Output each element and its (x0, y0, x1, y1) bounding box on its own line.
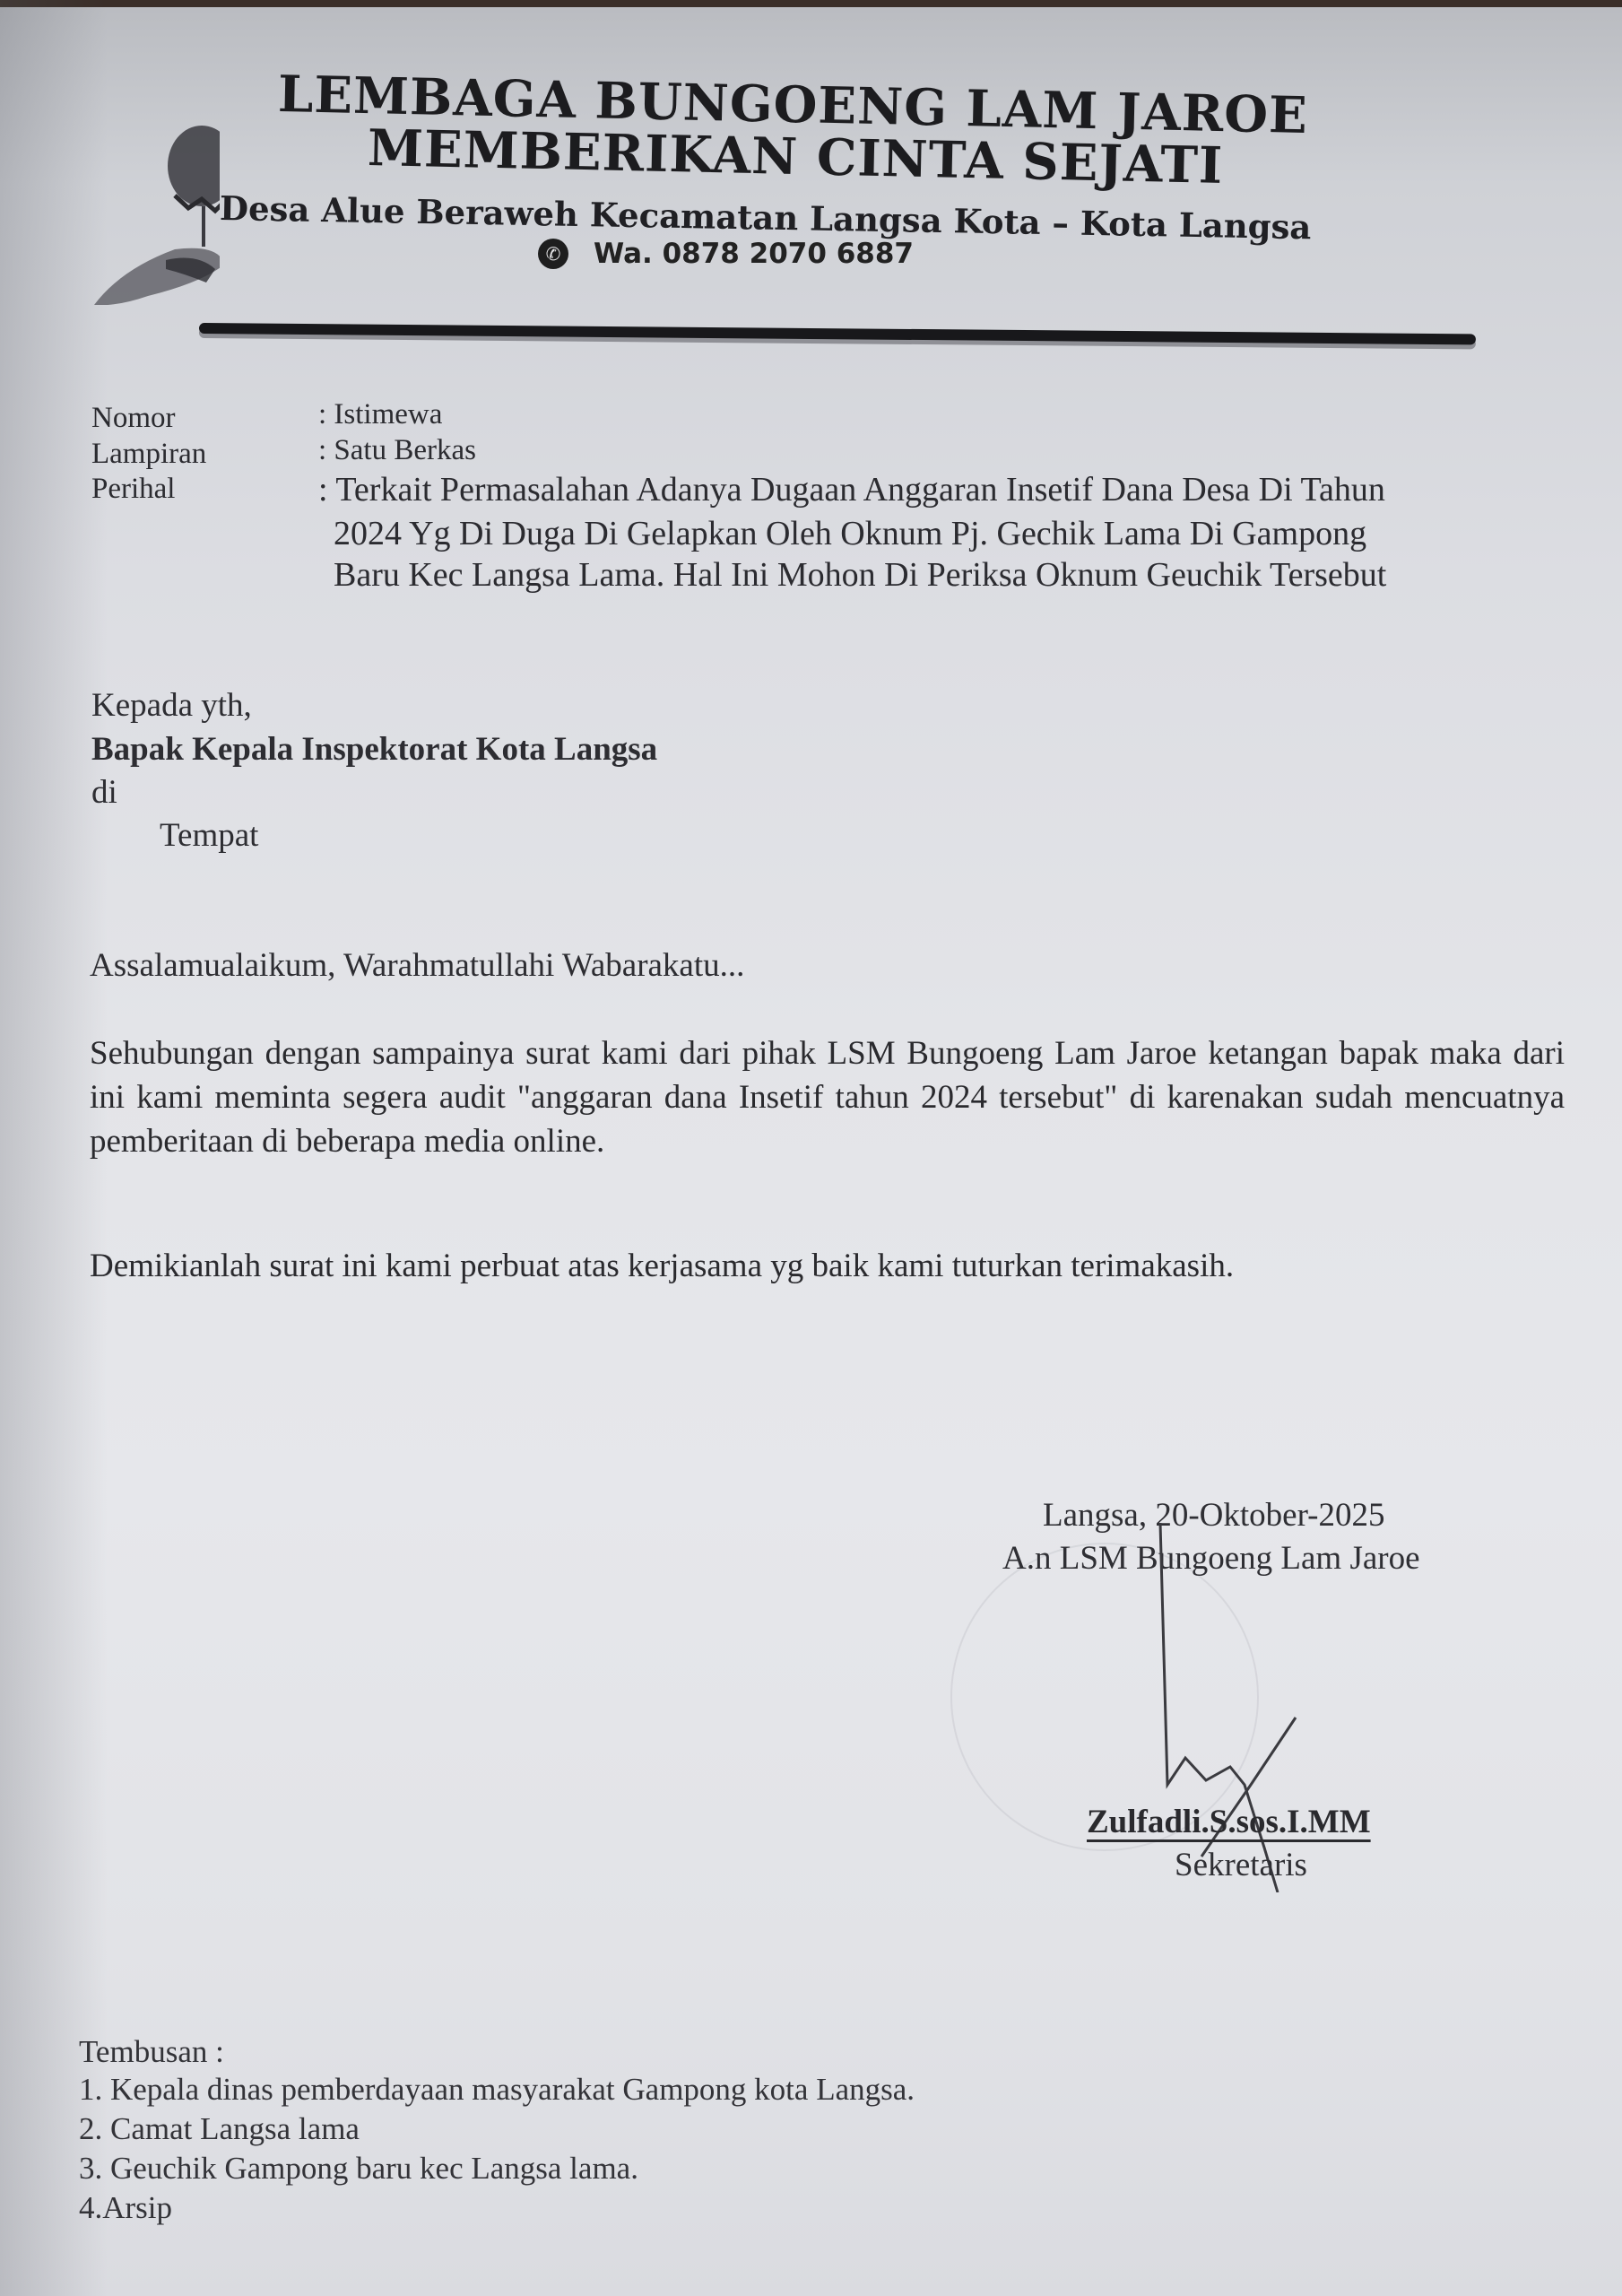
body-paragraph-2: Demikianlah surat ini kami perbuat atas … (90, 1244, 1565, 1288)
whatsapp-icon: ✆ (538, 239, 568, 269)
signer-title: Sekretaris (1175, 1846, 1307, 1884)
cc-item: 1. Kepala dinas pemberdayaan masyarakat … (79, 2072, 915, 2108)
meta-value-nomor: : Istimewa (318, 398, 442, 431)
letterhead-divider (199, 323, 1476, 344)
meta-label-lampiran: Lampiran (91, 438, 206, 471)
rose-in-hand-icon (40, 90, 220, 305)
cc-heading: Tembusan : (79, 2034, 224, 2070)
meta-value-perihal: : Terkait Permasalahan Adanya Dugaan Ang… (318, 470, 1385, 509)
subject-line-3: Baru Kec Langsa Lama. Hal Ini Mohon Di P… (334, 555, 1386, 595)
recipient-salutation: Kepada yth, (91, 686, 252, 725)
subject-line-2: 2024 Yg Di Duga Di Gelapkan Oleh Oknum P… (334, 514, 1366, 553)
whatsapp-number: Wa. 0878 2070 6887 (594, 238, 914, 270)
recipient-place: Tempat (160, 816, 258, 855)
meta-label-perihal: Perihal (91, 473, 175, 506)
cc-item: 4.Arsip (79, 2190, 172, 2226)
meta-label-nomor: Nomor (91, 402, 176, 435)
recipient-di: di (91, 773, 117, 812)
recipient-name: Bapak Kepala Inspektorat Kota Langsa (91, 730, 657, 769)
body-paragraph-1: Sehubungan dengan sampainya surat kami d… (90, 1031, 1565, 1163)
greeting: Assalamualaikum, Warahmatullahi Wabaraka… (90, 946, 744, 985)
signer-name: Zulfadli.S.sos.I.MM (1087, 1803, 1371, 1841)
whatsapp-contact: ✆ Wa. 0878 2070 6887 (538, 238, 914, 270)
meta-value-lampiran: : Satu Berkas (318, 434, 476, 467)
cc-item: 3. Geuchik Gampong baru kec Langsa lama. (79, 2151, 638, 2187)
cc-item: 2. Camat Langsa lama (79, 2111, 360, 2147)
paper-top-edge (0, 0, 1622, 7)
